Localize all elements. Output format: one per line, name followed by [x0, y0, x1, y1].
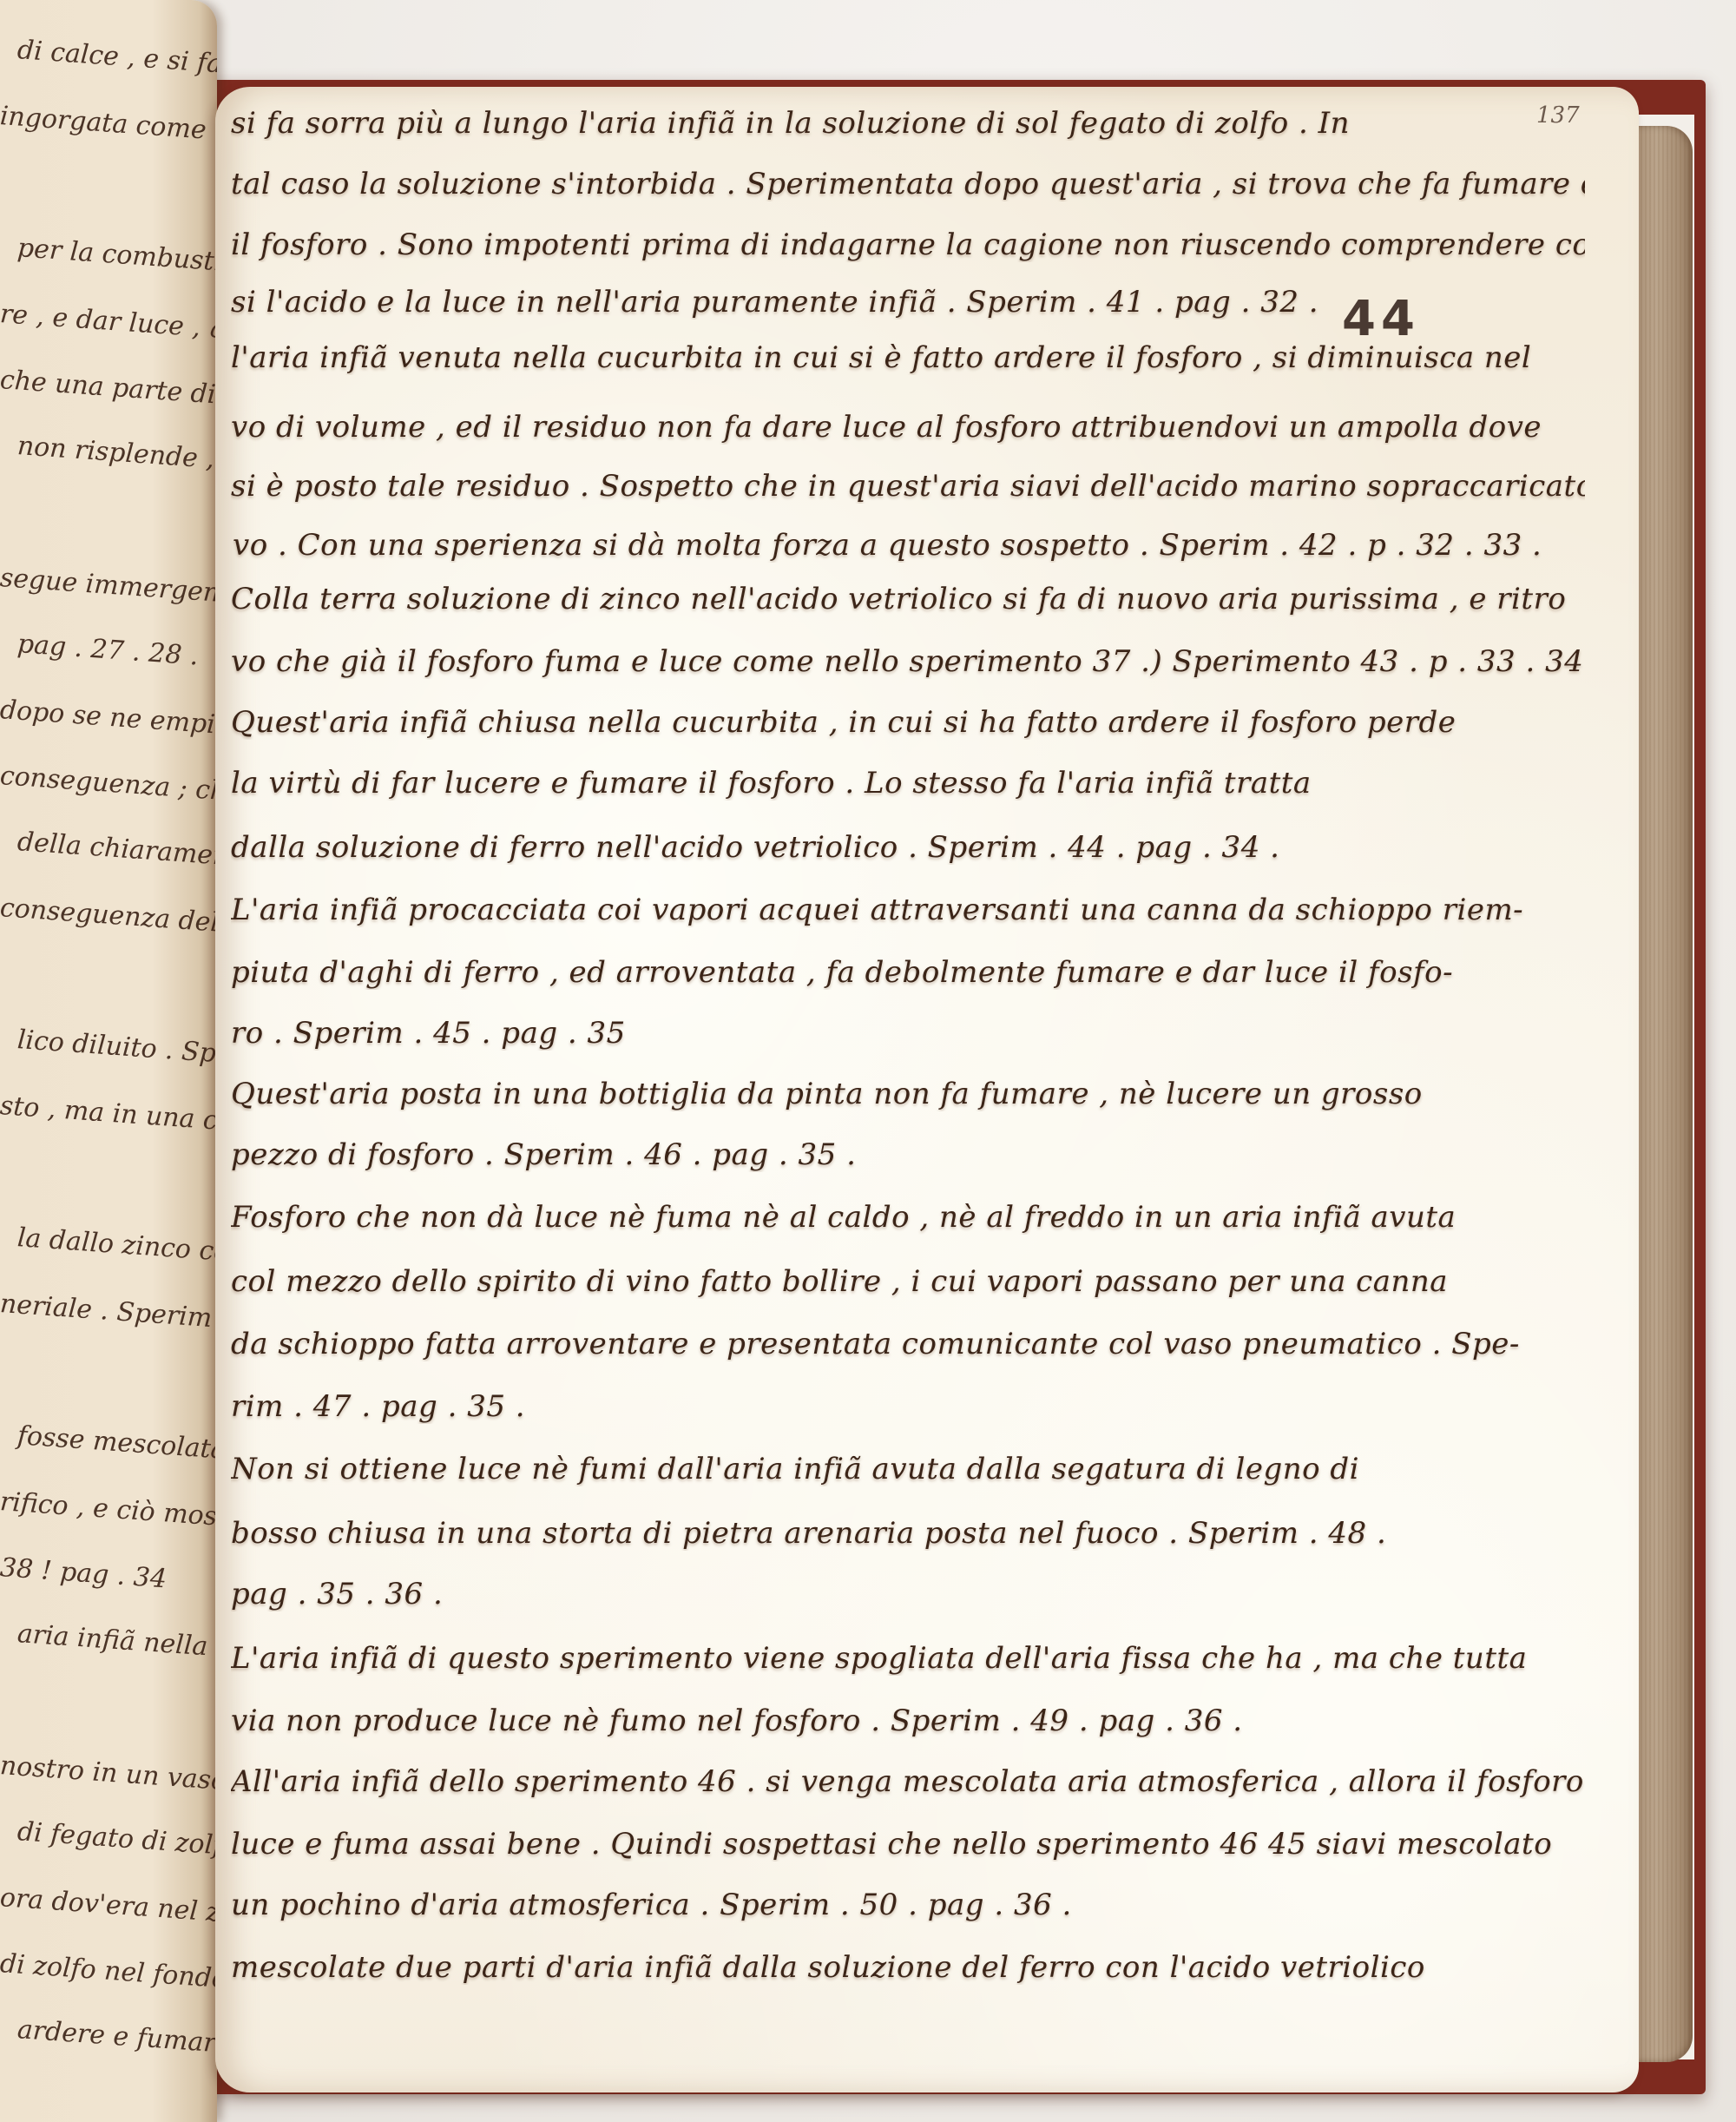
left-page-line: aria infiã nella qua-: [16, 1618, 217, 1667]
manuscript-line: un pochino d'aria atmosferica . Sperim .…: [231, 1888, 1585, 1922]
manuscript-line: bosso chiusa in una storta di pietra are…: [231, 1516, 1585, 1551]
manuscript-line: Fosforo che non dà luce nè fuma nè al ca…: [231, 1200, 1585, 1235]
left-page-line: dopo se ne empia: [0, 695, 217, 741]
left-page-line: conseguenza della legge .: [0, 893, 217, 946]
left-page-line: della chiaramente poi: [16, 827, 217, 877]
manuscript-line: il fosforo . Sono impotenti prima di ind…: [231, 227, 1585, 262]
manuscript-line: l'aria infiã venuta nella cucurbita in c…: [231, 340, 1585, 375]
left-page-line: di fegato di zolfo: [16, 1816, 217, 1862]
manuscript-line: L'aria infiã procacciata coi vapori acqu…: [231, 893, 1585, 927]
left-page-line: lico diluito . Sperim .: [16, 1025, 217, 1074]
page-block-edge: [1632, 126, 1693, 2062]
left-page-line: ingorgata come vedrà: [0, 101, 217, 151]
manuscript-line: Quest'aria infiã chiusa nella cucurbita …: [231, 705, 1585, 740]
left-page-line: ora dov'era nel zolfo: [0, 1882, 217, 1932]
left-page-line: che una parte di questa: [0, 365, 217, 417]
manuscript-line: vo che già il fosforo fuma e luce come n…: [231, 644, 1585, 679]
left-page-line: re , e dar luce , qualora: [0, 299, 217, 351]
manuscript-line: si l'acido e la luce in nell'aria purame…: [231, 285, 1585, 320]
left-page-line: conseguenza ; che: [0, 761, 217, 807]
manuscript-line: ro . Sperim . 45 . pag . 35: [231, 1016, 1585, 1051]
manuscript-line: L'aria infiã di questo sperimento viene …: [231, 1641, 1585, 1676]
left-page-line: fosse mescolata di: [16, 1420, 217, 1467]
right-page: 137 44 si fa sorra più a lungo l'aria in…: [215, 87, 1639, 2092]
manuscript-line: la virtù di far lucere e fumare il fosfo…: [231, 766, 1585, 801]
manuscript-line: Non si ottiene luce nè fumi dall'aria in…: [231, 1452, 1585, 1486]
manuscript-line: rim . 47 . pag . 35 .: [231, 1389, 1585, 1424]
left-page-line: non risplende , nè: [16, 431, 217, 478]
manuscript-line: pag . 35 . 36 .: [231, 1577, 1585, 1611]
left-page-line: per la combustione: [16, 233, 217, 280]
manuscript-line: Colla terra soluzione di zinco nell'acid…: [231, 582, 1585, 616]
manuscript-line: dalla soluzione di ferro nell'acido vetr…: [231, 830, 1585, 865]
left-page: di calce , e si faingorgata come vedràpe…: [0, 0, 217, 2122]
left-page-line: ardere e fumare il: [16, 2014, 217, 2061]
left-page-line: di calce , e si fa: [16, 35, 217, 79]
manuscript-line: da schioppo fatta arroventare e presenta…: [231, 1327, 1585, 1361]
left-page-line: neriale . Sperim . 37 .: [0, 1288, 217, 1339]
manuscript-line: vo di volume , ed il residuo non fa dare…: [231, 410, 1585, 445]
left-page-line: di zolfo nel fondo della: [0, 1948, 217, 2000]
left-page-line: la dallo zinco coll'a: [16, 1222, 217, 1270]
manuscript-line: via non produce luce nè fumo nel fosforo…: [231, 1704, 1585, 1738]
manuscript-line: si è posto tale residuo . Sospetto che i…: [231, 469, 1585, 504]
manuscript-line: vo . Con una sperienza si dà molta forza…: [233, 528, 1587, 563]
left-page-line: nostro in un vaso: [0, 1750, 217, 1796]
manuscript-line: luce e fuma assai bene . Quindi sospetta…: [231, 1827, 1585, 1862]
manuscript-line: piuta d'aghi di ferro , ed arroventata ,…: [231, 955, 1585, 990]
manuscript-line: pezzo di fosforo . Sperim . 46 . pag . 3…: [231, 1137, 1585, 1172]
manuscript-line: Quest'aria posta in una bottiglia da pin…: [231, 1077, 1585, 1111]
left-page-line: segue immergendolo: [0, 563, 217, 612]
manuscript-line: tal caso la soluzione s'intorbida . Sper…: [231, 167, 1585, 201]
manuscript-line: si fa sorra più a lungo l'aria infiã in …: [231, 106, 1585, 141]
left-page-line: pag . 27 . 28 .: [16, 629, 200, 671]
manuscript-line: col mezzo dello spirito di vino fatto bo…: [231, 1264, 1585, 1299]
manuscript-line: mescolate due parti d'aria infiã dalla s…: [231, 1950, 1585, 1985]
manuscript-line: All'aria infiã dello sperimento 46 . si …: [231, 1764, 1585, 1799]
left-page-line: 38 ! pag . 34: [0, 1552, 168, 1594]
left-page-line: rifico , e ciò mostrano: [0, 1486, 217, 1537]
left-page-line: sto , ma in una cu-: [0, 1091, 217, 1138]
